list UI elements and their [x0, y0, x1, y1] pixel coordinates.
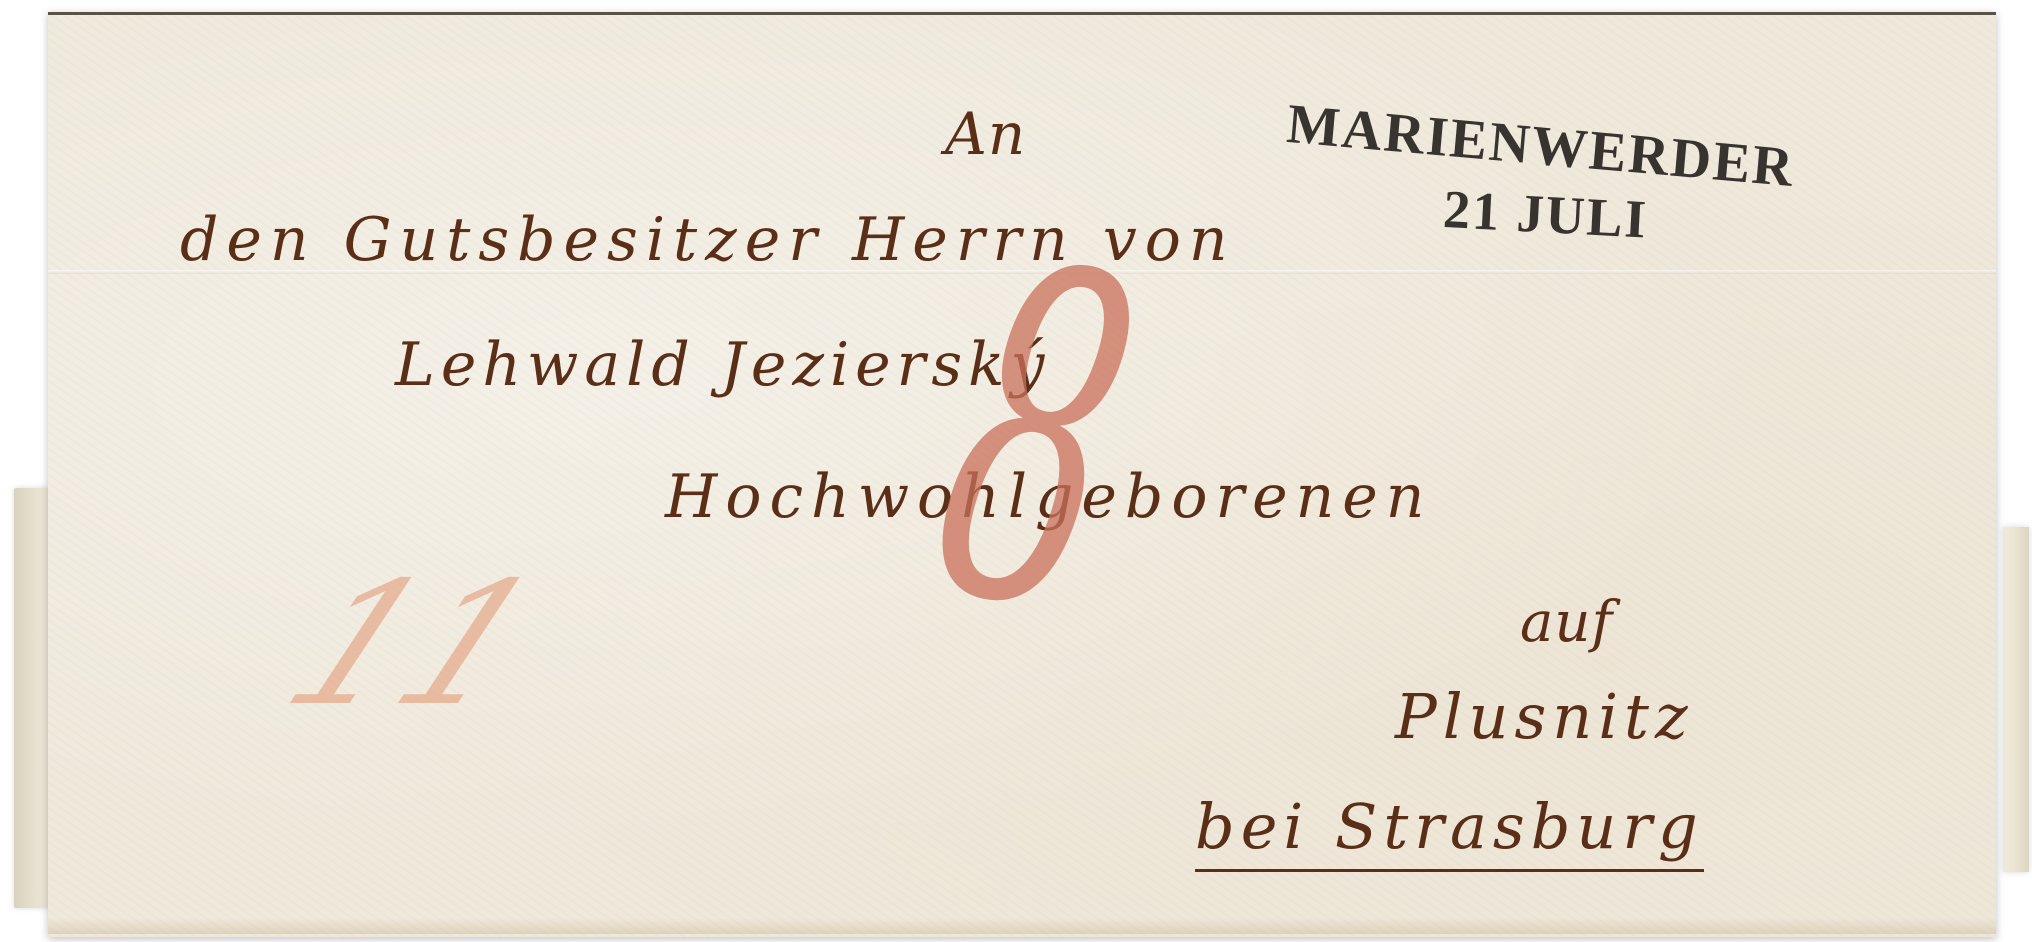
postmark-date: 21 JULI: [1442, 178, 1649, 251]
back-flap-left: [14, 488, 50, 908]
paper-bottom-edge: [48, 918, 1996, 934]
address-line-5: Plusnitz: [1395, 680, 1694, 753]
address-line-2: Lehwald Jezierský: [395, 330, 1050, 400]
address-line-6: bei Strasburg: [1195, 790, 1704, 872]
address-line-4: auf: [1520, 590, 1613, 655]
back-flap-right: [2003, 527, 2029, 872]
address-salutation: An: [945, 100, 1026, 168]
